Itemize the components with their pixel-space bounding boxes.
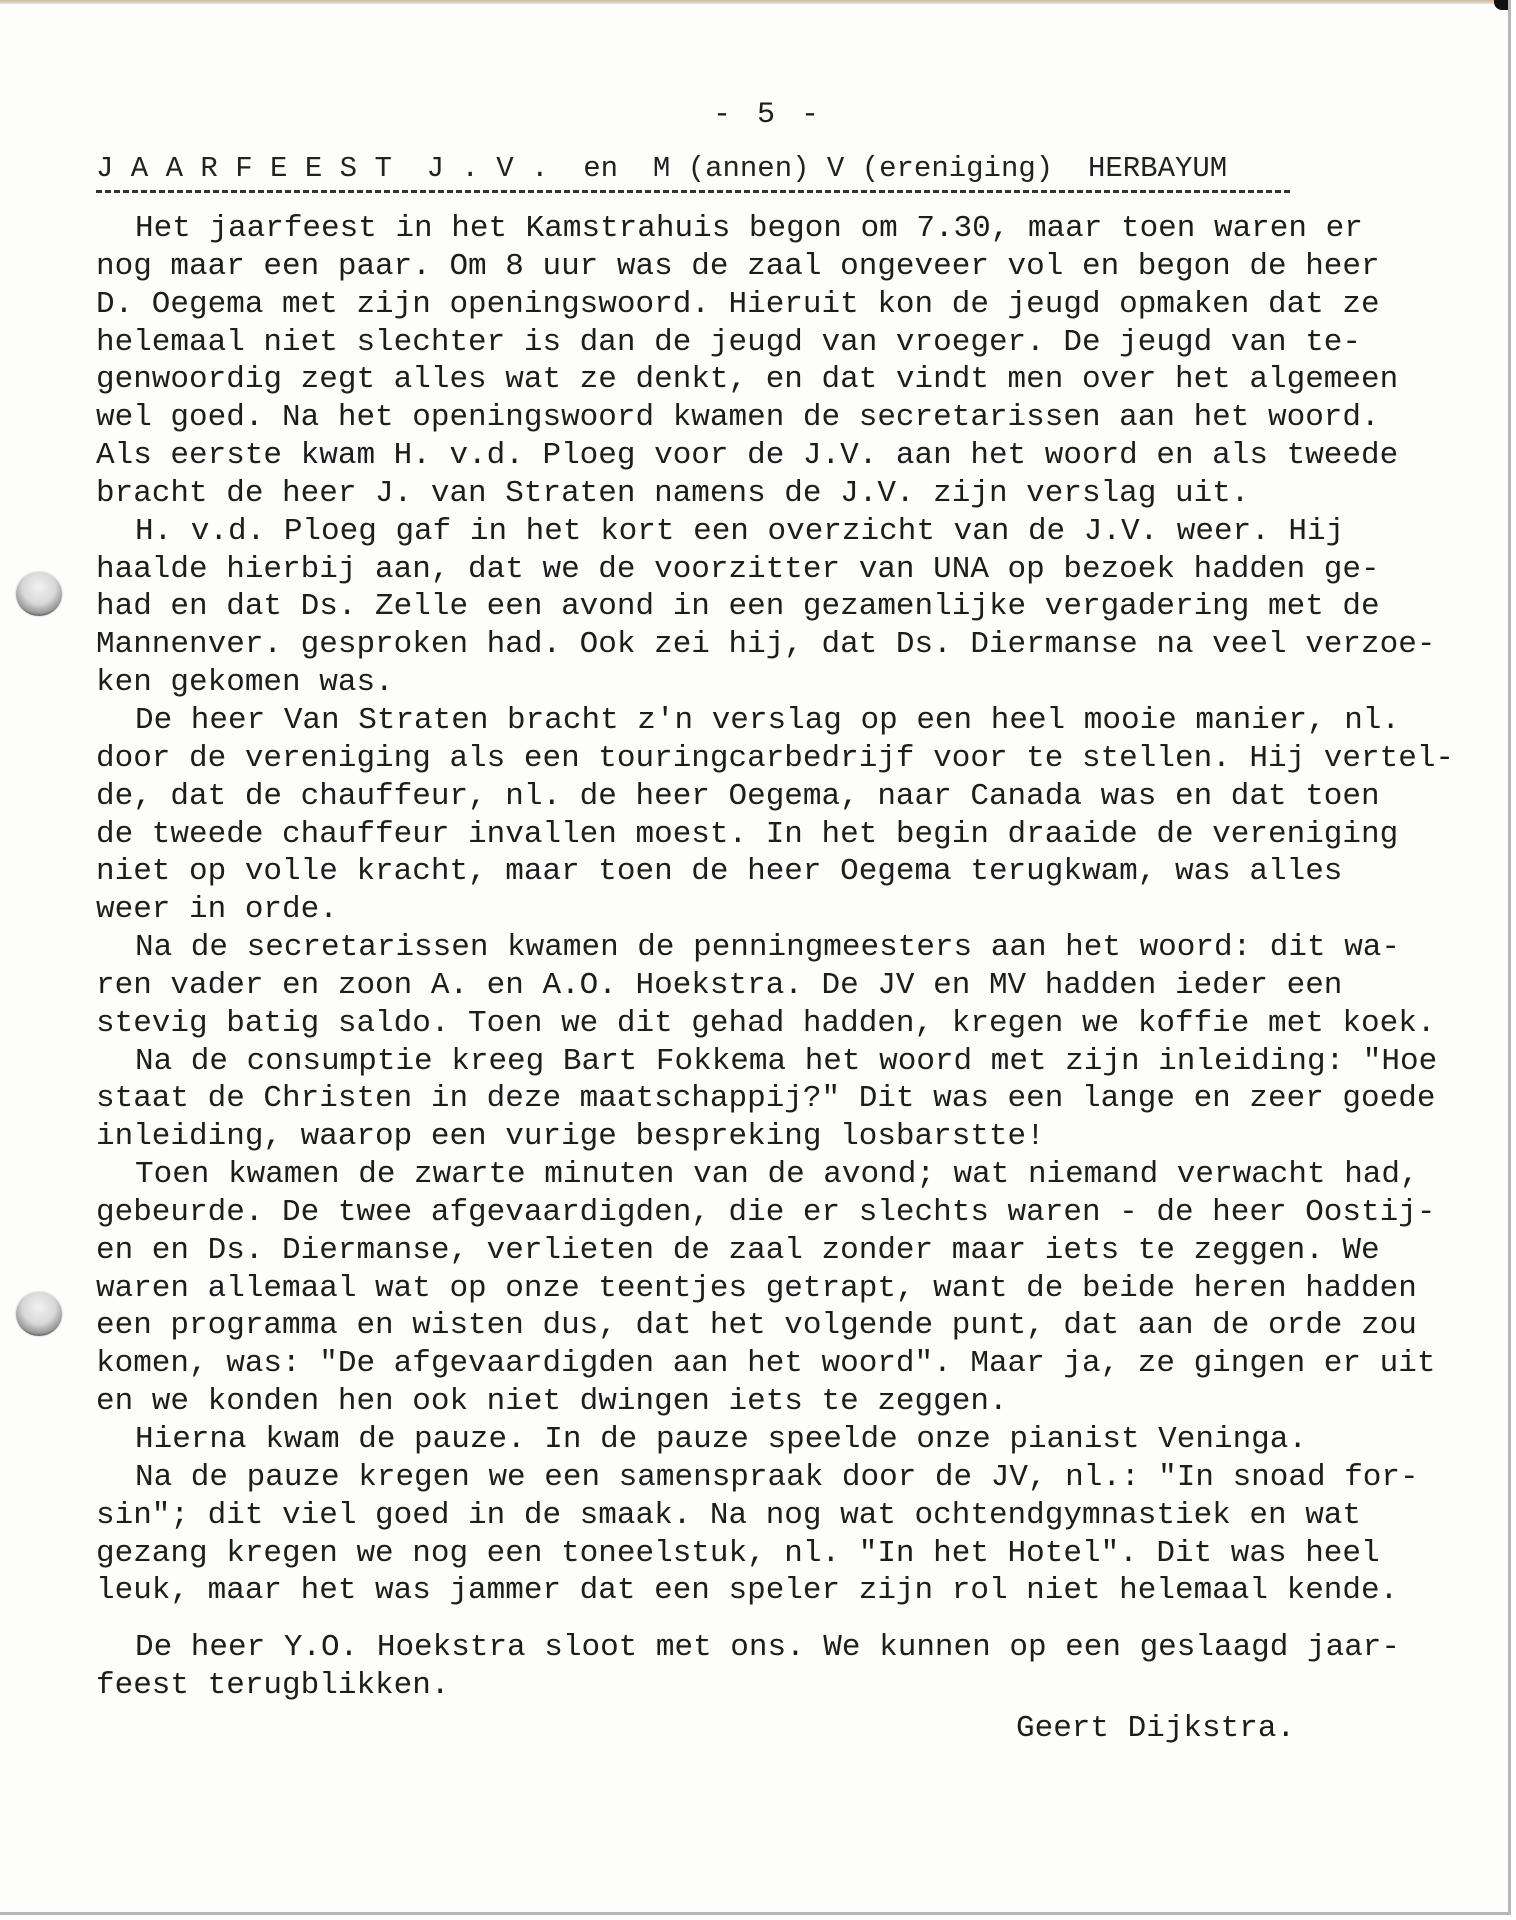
text-line: Als eerste kwam H. v.d. Ploeg voor de J.… xyxy=(96,437,1496,475)
text-line: en en Ds. Diermanse, verlieten de zaal z… xyxy=(96,1232,1496,1270)
text-line: Mannenver. gesproken had. Ook zei hij, d… xyxy=(96,626,1496,664)
text-line: bracht de heer J. van Straten namens de … xyxy=(96,475,1496,513)
text-line: Na de consumptie kreeg Bart Fokkema het … xyxy=(96,1043,1496,1081)
text-line: Hierna kwam de pauze. In de pauze speeld… xyxy=(96,1421,1496,1459)
page-top-edge xyxy=(0,0,1508,4)
text-line: Na de secretarissen kwamen de penningmee… xyxy=(96,929,1496,967)
text-line: door de vereniging als een touringcarbed… xyxy=(96,740,1496,778)
text-line: waren allemaal wat op onze teentjes getr… xyxy=(96,1270,1496,1308)
text-line: staat de Christen in deze maatschappij?"… xyxy=(96,1080,1496,1118)
text-line: feest terugblikken. xyxy=(96,1667,1496,1705)
text-line: De heer Van Straten bracht z'n verslag o… xyxy=(96,702,1496,740)
text-line: niet op volle kracht, maar toen de heer … xyxy=(96,853,1496,891)
text-line: Toen kwamen de zwarte minuten van de avo… xyxy=(96,1156,1496,1194)
text-line: H. v.d. Ploeg gaf in het kort een overzi… xyxy=(96,513,1496,551)
text-line: Het jaarfeest in het Kamstrahuis begon o… xyxy=(96,210,1496,248)
text-line: helemaal niet slechter is dan de jeugd v… xyxy=(96,324,1496,362)
text-line: haalde hierbij aan, dat we de voorzitter… xyxy=(96,551,1496,589)
text-line: D. Oegema met zijn openingswoord. Hierui… xyxy=(96,286,1496,324)
text-line: wel goed. Na het openingswoord kwamen de… xyxy=(96,399,1496,437)
text-line: komen, was: "De afgevaardigden aan het w… xyxy=(96,1345,1496,1383)
text-line: genwoordig zegt alles wat ze denkt, en d… xyxy=(96,361,1496,399)
title-underline xyxy=(96,190,1290,193)
corner-mark xyxy=(1494,0,1508,10)
text-line: De heer Y.O. Hoekstra sloot met ons. We … xyxy=(96,1629,1496,1667)
text-line: stevig batig saldo. Toen we dit gehad ha… xyxy=(96,1005,1496,1043)
author-signature: Geert Dijkstra. xyxy=(1016,1710,1295,1748)
article-body: Het jaarfeest in het Kamstrahuis begon o… xyxy=(96,210,1496,1705)
text-line: inleiding, waarop een vurige bespreking … xyxy=(96,1118,1496,1156)
text-line: had en dat Ds. Zelle een avond in een ge… xyxy=(96,588,1496,626)
document-page: - 5 - J A A R F E E S T J . V . en M (an… xyxy=(0,0,1511,1915)
text-line: een programma en wisten dus, dat het vol… xyxy=(96,1307,1496,1345)
text-line: en we konden hen ook niet dwingen iets t… xyxy=(96,1383,1496,1421)
text-line: gezang kregen we nog een toneelstuk, nl.… xyxy=(96,1535,1496,1573)
text-line: gebeurde. De twee afgevaardigden, die er… xyxy=(96,1194,1496,1232)
text-line: de tweede chauffeur invallen moest. In h… xyxy=(96,816,1496,854)
text-line: ken gekomen was. xyxy=(96,664,1496,702)
text-line: leuk, maar het was jammer dat een speler… xyxy=(96,1572,1496,1610)
page-number: - 5 - xyxy=(0,98,1516,132)
text-line: ren vader en zoon A. en A.O. Hoekstra. D… xyxy=(96,967,1496,1005)
punch-hole-icon xyxy=(16,572,62,616)
article-title: J A A R F E E S T J . V . en M (annen) V… xyxy=(96,150,1227,188)
punch-hole-icon xyxy=(16,1292,62,1336)
text-line: nog maar een paar. Om 8 uur was de zaal … xyxy=(96,248,1496,286)
text-line: Na de pauze kregen we een samenspraak do… xyxy=(96,1459,1496,1497)
text-line: de, dat de chauffeur, nl. de heer Oegema… xyxy=(96,778,1496,816)
text-line: sin"; dit viel goed in de smaak. Na nog … xyxy=(96,1497,1496,1535)
text-line: weer in orde. xyxy=(96,891,1496,929)
